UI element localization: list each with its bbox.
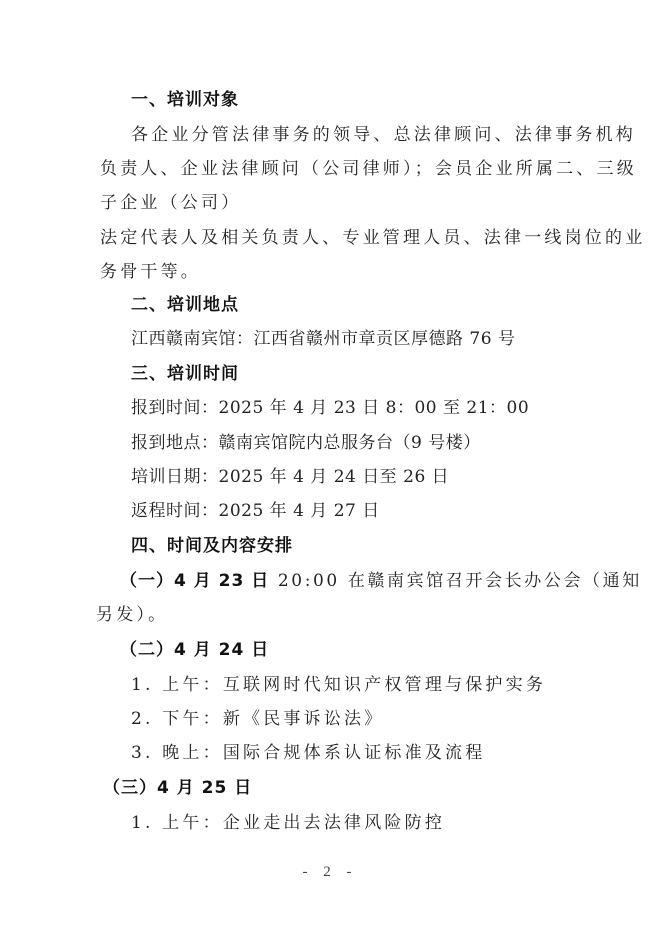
section-heading-training-time: 三、培训时间 xyxy=(131,363,239,385)
registration-time-line: 报到时间：2025 年 4 月 23 日 8：00 至 21：00 xyxy=(131,397,529,419)
paragraph-line: 子企业（公司） xyxy=(100,192,241,214)
paragraph-line: 务骨干等。 xyxy=(100,261,201,283)
schedule-day2-item: 2. 下午：新《民事诉讼法》 xyxy=(131,708,384,730)
section-heading-training-target: 一、培训对象 xyxy=(131,89,239,111)
paragraph-line: 各企业分管法律事务的领导、总法律顾问、法律事务机构 xyxy=(131,124,636,146)
schedule-day2-item: 3. 晚上：国际合规体系认证标准及流程 xyxy=(131,742,485,764)
schedule-day3-item: 1. 上午：企业走出去法律风险防控 xyxy=(131,812,445,834)
schedule-day1-text: 20:00 在赣南宾馆召开会长办公会（通知 xyxy=(278,571,642,591)
section-heading-schedule: 四、时间及内容安排 xyxy=(131,535,293,557)
location-line: 江西赣南宾馆：江西省赣州市章贡区厚德路 76 号 xyxy=(131,328,515,350)
schedule-day1-line: （一）4 月 23 日 20:00 在赣南宾馆召开会长办公会（通知 xyxy=(120,570,642,592)
return-time-line: 返程时间：2025 年 4 月 27 日 xyxy=(131,500,380,522)
paragraph-line: 法定代表人及相关负责人、专业管理人员、法律一线岗位的业 xyxy=(100,227,645,249)
schedule-day1-continuation: 另发）。 xyxy=(96,604,168,626)
schedule-day1-label: （一）4 月 23 日 xyxy=(120,571,269,591)
training-date-line: 培训日期：2025 年 4 月 24 日至 26 日 xyxy=(131,466,449,488)
registration-location-line: 报到地点：赣南宾馆院内总服务台（9 号楼） xyxy=(131,432,481,454)
schedule-day3-label: （三）4 月 25 日 xyxy=(103,777,252,799)
schedule-day2-label: （二）4 月 24 日 xyxy=(120,639,269,661)
paragraph-line: 负责人、企业法律顾问（公司律师）；会员企业所属二、三级 xyxy=(100,158,637,180)
page-number: - 2 - xyxy=(0,864,660,881)
schedule-day2-item: 1. 上午：互联网时代知识产权管理与保护实务 xyxy=(131,674,546,696)
section-heading-training-location: 二、培训地点 xyxy=(131,294,239,316)
